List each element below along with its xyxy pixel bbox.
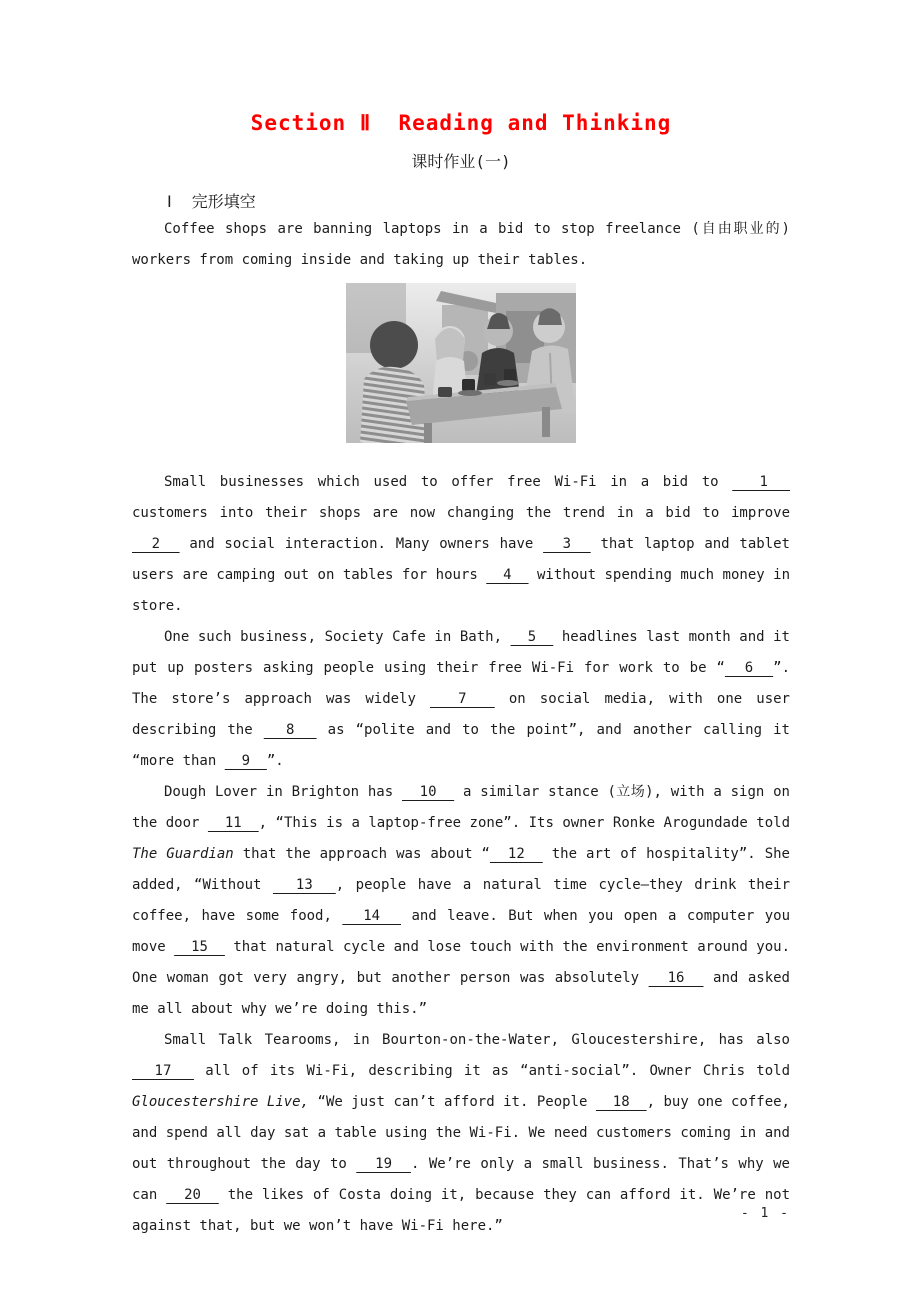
cloze-blank-17: 17 xyxy=(132,1063,194,1079)
cloze-blank-14: 14 xyxy=(342,908,401,924)
paragraph: Coffee shops are banning laptops in a bi… xyxy=(132,214,790,276)
cloze-blank-1: 1 xyxy=(732,474,790,490)
text-run: Small Talk Tearooms, in Bourton-on-the-W… xyxy=(164,1032,790,1048)
text-run: Dough Lover in Brighton has xyxy=(164,784,402,800)
text-run: “We just can’t afford it. People xyxy=(309,1094,596,1110)
text-run: all of its Wi-Fi, describing it as “anti… xyxy=(194,1063,790,1079)
text-run: ”. xyxy=(267,753,284,769)
section-title: 完形填空 xyxy=(192,192,256,211)
section-heading: Ⅰ完形填空 xyxy=(167,190,790,214)
page-subtitle: 课时作业(一) xyxy=(132,150,790,174)
italic-text: The Guardian xyxy=(132,846,234,862)
article-body: Coffee shops are banning laptops in a bi… xyxy=(132,214,790,1242)
text-run: the likes of Costa doing it, because the… xyxy=(132,1187,790,1234)
cloze-blank-9: 9 xyxy=(225,753,267,769)
cloze-blank-8: 8 xyxy=(264,722,317,738)
page-number: - 1 - xyxy=(741,1206,790,1221)
cloze-blank-5: 5 xyxy=(511,629,554,645)
cloze-blank-20: 20 xyxy=(166,1187,219,1203)
article-photo xyxy=(346,283,576,443)
cloze-blank-11: 11 xyxy=(208,815,259,831)
text-run: Coffee shops are banning laptops in a bi… xyxy=(132,221,790,268)
cloze-blank-2: 2 xyxy=(132,536,180,552)
cloze-blank-19: 19 xyxy=(356,1156,411,1172)
cloze-blank-3: 3 xyxy=(543,536,591,552)
cloze-blank-6: 6 xyxy=(725,660,773,676)
worksheet-page: Section Ⅱ Reading and Thinking 课时作业(一) Ⅰ… xyxy=(0,0,920,1302)
paragraph: Small Talk Tearooms, in Bourton-on-the-W… xyxy=(132,1025,790,1242)
cloze-blank-12: 12 xyxy=(490,846,543,862)
cloze-blank-15: 15 xyxy=(174,939,225,955)
page-title: Section Ⅱ Reading and Thinking xyxy=(132,108,790,138)
text-run: , “This is a laptop-free zone”. Its owne… xyxy=(259,815,790,831)
text-run: customers into their shops are now chang… xyxy=(132,505,790,521)
cloze-blank-4: 4 xyxy=(486,567,528,583)
paragraph: Small businesses which used to offer fre… xyxy=(132,467,790,622)
section-number: Ⅰ xyxy=(167,192,172,211)
cloze-blank-18: 18 xyxy=(596,1094,647,1110)
paragraph: Dough Lover in Brighton has 10 a similar… xyxy=(132,777,790,1025)
text-run: One such business, Society Cafe in Bath, xyxy=(164,629,511,645)
text-run: that the approach was about “ xyxy=(234,846,490,862)
page-content: Section Ⅱ Reading and Thinking 课时作业(一) Ⅰ… xyxy=(132,108,790,1242)
italic-text: Gloucestershire Live, xyxy=(132,1094,309,1110)
paragraph: One such business, Society Cafe in Bath,… xyxy=(132,622,790,777)
text-run: Small businesses which used to offer fre… xyxy=(164,474,732,490)
coffee-friends-photo-placeholder xyxy=(346,283,576,443)
cloze-blank-10: 10 xyxy=(402,784,454,800)
cloze-blank-13: 13 xyxy=(273,877,336,893)
cloze-blank-16: 16 xyxy=(649,970,704,986)
text-run: and social interaction. Many owners have xyxy=(180,536,544,552)
cloze-blank-7: 7 xyxy=(430,691,495,707)
